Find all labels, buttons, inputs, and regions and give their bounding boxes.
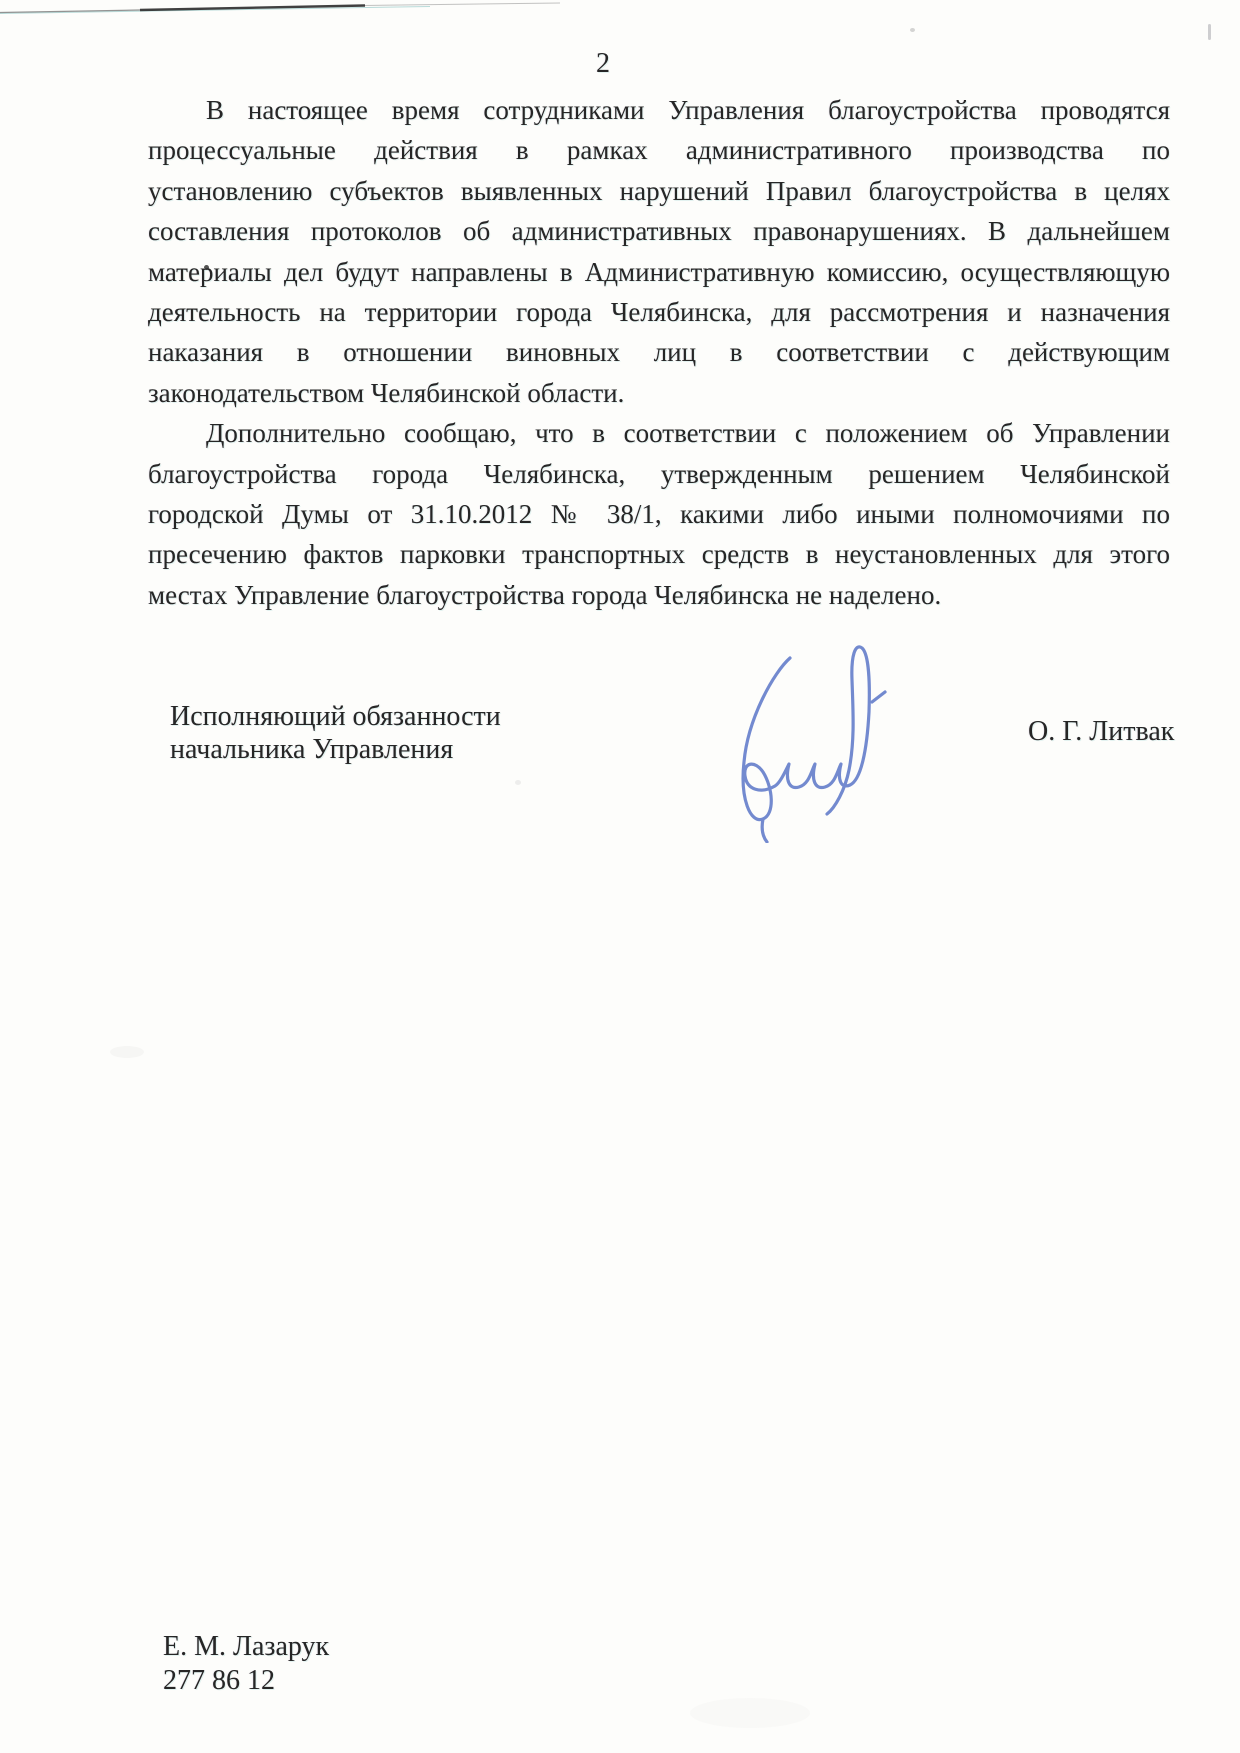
paragraph-1-line-7: наказания в отношении виновных лиц в соо… bbox=[148, 332, 1170, 372]
paragraph-1-line-3: установлению субъектов выявленных наруше… bbox=[148, 171, 1170, 211]
letter-body: В настоящее время сотрудниками Управлени… bbox=[148, 90, 1170, 615]
executor-name: Е. М. Лазарук bbox=[163, 1630, 329, 1664]
paragraph-1-line-6: деятельность на территории города Челяби… bbox=[148, 292, 1170, 332]
page-number: 2 bbox=[560, 48, 646, 80]
signer-title-line-2: начальника Управления bbox=[170, 733, 501, 766]
paragraph-2-line-4: пресечению фактов парковки транспортных … bbox=[148, 534, 1170, 574]
signer-title-line-1: Исполняющий обязанности bbox=[170, 700, 501, 733]
paragraph-1-line-8: законодательством Челябинской области. bbox=[148, 373, 1170, 413]
scanned-letter-page: 2 В настоящее время сотрудниками Управле… bbox=[0, 0, 1240, 1753]
scan-speck bbox=[690, 1698, 810, 1728]
scan-speck bbox=[1208, 24, 1211, 40]
paragraph-2-line-1: Дополнительно сообщаю, что в соответстви… bbox=[148, 413, 1170, 453]
paragraph-1-line-2: процессуальные действия в рамках админис… bbox=[148, 130, 1170, 170]
executor-block: Е. М. Лазарук 277 86 12 bbox=[163, 1630, 329, 1698]
scan-speck bbox=[110, 1046, 144, 1058]
handwritten-signature bbox=[730, 638, 890, 843]
paragraph-1-line-1: В настоящее время сотрудниками Управлени… bbox=[148, 90, 1170, 130]
paragraph-1-line-5: материалы дел будут направлены в Админис… bbox=[148, 252, 1170, 292]
paragraph-2-line-3: городской Думы от 31.10.2012 № 38/1, как… bbox=[148, 494, 1170, 534]
scan-speck bbox=[910, 28, 915, 32]
paragraph-2-line-2: благоустройства города Челябинска, утвер… bbox=[148, 454, 1170, 494]
executor-phone: 277 86 12 bbox=[163, 1664, 329, 1698]
scan-speck bbox=[204, 265, 209, 270]
signer-title: Исполняющий обязанности начальника Управ… bbox=[170, 700, 501, 766]
paragraph-1-line-4: составления протоколов об административн… bbox=[148, 211, 1170, 251]
paragraph-2-line-5: местах Управление благоустройства города… bbox=[148, 575, 1170, 615]
scan-speck bbox=[515, 780, 521, 785]
scan-artifact-line bbox=[0, 0, 1240, 22]
signer-name: О. Г. Литвак bbox=[1028, 716, 1174, 748]
